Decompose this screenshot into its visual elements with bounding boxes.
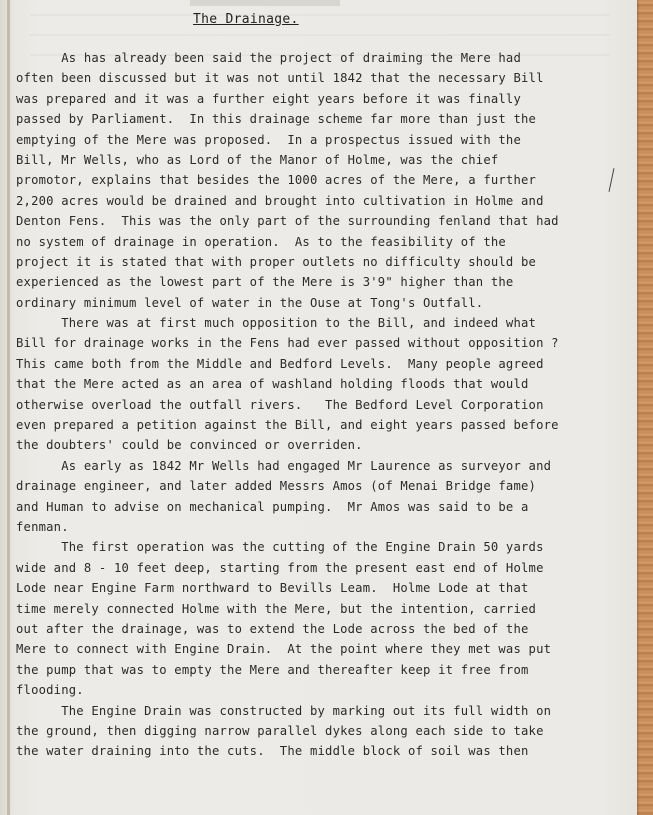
- text-line: Bill, Mr Wells, who as Lord of the Manor…: [16, 150, 628, 170]
- text-line: time merely connected Holme with the Mer…: [16, 599, 628, 619]
- text-line: the pump that was to empty the Mere and …: [16, 660, 628, 680]
- body-text: As has already been said the project of …: [16, 48, 628, 762]
- text-line: passed by Parliament. In this drainage s…: [16, 109, 628, 129]
- text-line: the water draining into the cuts. The mi…: [16, 741, 628, 761]
- text-line: that the Mere acted as an area of washla…: [16, 374, 628, 394]
- text-line: even prepared a petition against the Bil…: [16, 415, 628, 435]
- text-line: emptying of the Mere was proposed. In a …: [16, 130, 628, 150]
- text-line: As early as 1842 Mr Wells had engaged Mr…: [16, 456, 628, 476]
- text-line: flooding.: [16, 680, 628, 700]
- text-line: fenman.: [16, 517, 628, 537]
- text-line: was prepared and it was a further eight …: [16, 89, 628, 109]
- text-line: This came both from the Middle and Bedfo…: [16, 354, 628, 374]
- text-line: The Engine Drain was constructed by mark…: [16, 701, 628, 721]
- text-line: often been discussed but it was not unti…: [16, 68, 628, 88]
- text-line: drainage engineer, and later added Messr…: [16, 476, 628, 496]
- text-line: no system of drainage in operation. As t…: [16, 232, 628, 252]
- text-line: The first operation was the cutting of t…: [16, 537, 628, 557]
- text-line: project it is stated that with proper ou…: [16, 252, 628, 272]
- text-line: the doubters' could be convinced or over…: [16, 435, 628, 455]
- text-line: There was at first much opposition to th…: [16, 313, 628, 333]
- text-line: and Human to advise on mechanical pumpin…: [16, 497, 628, 517]
- text-line: out after the drainage, was to extend th…: [16, 619, 628, 639]
- page-title: The Drainage.: [193, 12, 299, 27]
- text-line: promotor, explains that besides the 1000…: [16, 170, 628, 190]
- text-line: Denton Fens. This was the only part of t…: [16, 211, 628, 231]
- text-line: the ground, then digging narrow parallel…: [16, 721, 628, 741]
- text-line: ordinary minimum level of water in the O…: [16, 293, 628, 313]
- title-text: The Drainage.: [193, 12, 299, 27]
- page-binding-edge: [7, 0, 10, 815]
- wooden-table-surface: [637, 0, 653, 815]
- text-line: experienced as the lowest part of the Me…: [16, 272, 628, 292]
- text-line: Lode near Engine Farm northward to Bevil…: [16, 578, 628, 598]
- typed-page: The Drainage. As has already been said t…: [0, 0, 637, 815]
- text-line: wide and 8 - 10 feet deep, starting from…: [16, 558, 628, 578]
- text-line: Mere to connect with Engine Drain. At th…: [16, 639, 628, 659]
- text-line: Bill for drainage works in the Fens had …: [16, 333, 628, 353]
- text-line: 2,200 acres would be drained and brought…: [16, 191, 628, 211]
- text-line: As has already been said the project of …: [16, 48, 628, 68]
- text-line: otherwise overload the outfall rivers. T…: [16, 395, 628, 415]
